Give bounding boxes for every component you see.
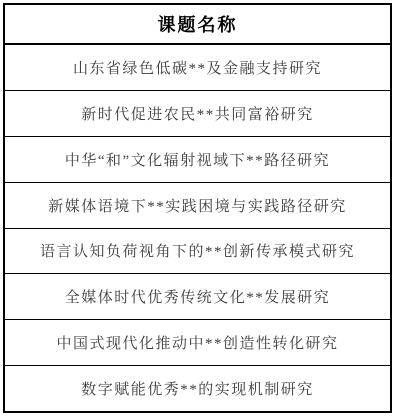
table-row: 新时代促进农民**共同富裕研究 xyxy=(5,91,390,137)
table-row: 中国式现代化推动中**创造性转化研究 xyxy=(5,320,390,366)
table-row: 数字赋能优秀**的实现机制研究 xyxy=(5,366,390,411)
table-row: 全媒体时代优秀传统文化**发展研究 xyxy=(5,274,390,320)
table-row: 新媒体语境下**实践困境与实践路径研究 xyxy=(5,183,390,229)
topics-table: 课题名称 山东省绿色低碳**及金融支持研究 新时代促进农民**共同富裕研究 中华… xyxy=(3,3,392,413)
table-header: 课题名称 xyxy=(5,5,390,45)
table-row: 语言认知负荷视角下的**创新传承模式研究 xyxy=(5,229,390,275)
table-row: 中华“和”文化辐射视域下**路径研究 xyxy=(5,137,390,183)
table-row: 山东省绿色低碳**及金融支持研究 xyxy=(5,45,390,91)
